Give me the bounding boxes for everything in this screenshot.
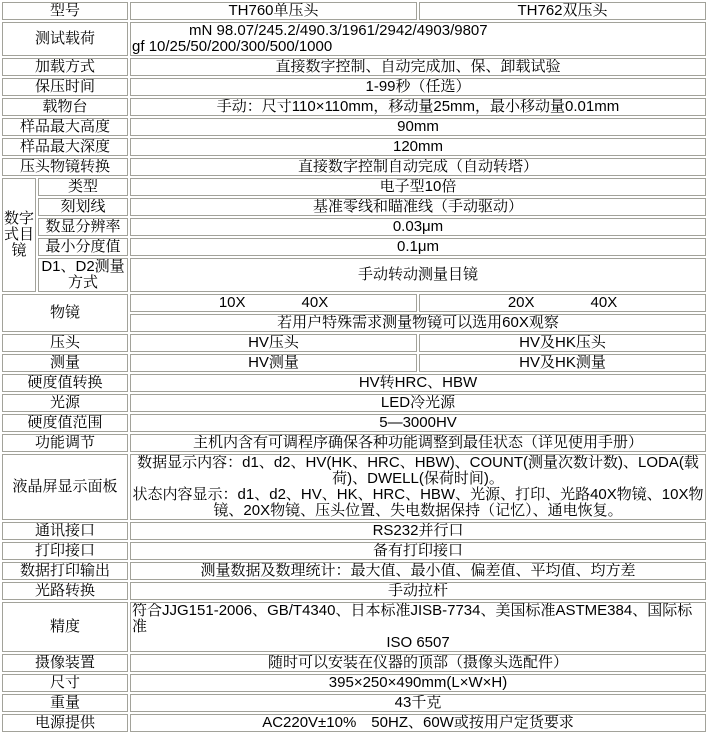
row-eyepiece-min-division: 最小分度值 0.1μm (2, 238, 706, 256)
row-eyepiece-d1d2: D1、D2测量方式 手动转动测量目镜 (2, 258, 706, 292)
optical-path-label: 光路转换 (2, 582, 128, 600)
comm-port-value: RS232并行口 (130, 522, 706, 540)
sample-max-height-value: 90mm (130, 118, 706, 136)
function-adjust-value: 主机内含有可调程序确保各种功能调整到最佳状态（详见使用手册） (130, 434, 706, 452)
loading-method-label: 加载方式 (2, 58, 128, 76)
loading-method-value: 直接数字控制、自动完成加、保、卸载试验 (130, 58, 706, 76)
optical-path-value: 手动拉杆 (130, 582, 706, 600)
print-port-value: 备有打印接口 (130, 542, 706, 560)
row-light-source: 光源 LED冷光源 (2, 394, 706, 412)
turret-label: 压头物镜转换 (2, 158, 128, 176)
indenter-value-th760: HV压头 (130, 334, 417, 352)
model-value-th760: TH760单压头 (130, 2, 417, 20)
test-load-mn: mN 98.07/245.2/490.3/1961/2942/4903/9807 (131, 23, 705, 39)
row-loading-method: 加载方式 直接数字控制、自动完成加、保、卸载试验 (2, 58, 706, 76)
sample-max-depth-value: 120mm (130, 138, 706, 156)
row-eyepiece-resolution: 数显分辨率 0.03μm (2, 218, 706, 236)
objective-label: 物镜 (2, 294, 128, 332)
row-eyepiece-type: 数字式目镜 类型 电子型10倍 (2, 178, 706, 196)
objective-th762-values: 20X 40X (419, 294, 706, 312)
row-eyepiece-reticle: 刻划线 基准零线和瞄准线（手动驱动） (2, 198, 706, 216)
row-optical-path: 光路转换 手动拉杆 (2, 582, 706, 600)
eyepiece-min-division-value: 0.1μm (130, 238, 706, 256)
stage-value: 手动：尺寸110×110mm，移动量25mm，最小移动量0.01mm (130, 98, 706, 116)
light-source-label: 光源 (2, 394, 128, 412)
hardness-range-value: 5—3000HV (130, 414, 706, 432)
turret-value: 直接数字控制自动完成（自动转塔） (130, 158, 706, 176)
light-source-value: LED冷光源 (130, 394, 706, 412)
stage-label: 载物台 (2, 98, 128, 116)
eyepiece-reticle-label: 刻划线 (38, 198, 128, 216)
objective-note: 若用户特殊需求测量物镜可以选用60X观察 (130, 314, 706, 332)
dwell-time-label: 保压时间 (2, 78, 128, 96)
data-print-output-value: 测量数据及数理统计：最大值、最小值、偏差值、平均值、均方差 (130, 562, 706, 580)
lcd-panel-data-display: 数据显示内容：d1、d2、HV(HK、HRC、HBW)、COUNT(测量次数计数… (131, 455, 705, 487)
digital-eyepiece-group-label: 数字式目镜 (2, 178, 36, 292)
hardness-conversion-value: HV转HRC、HBW (130, 374, 706, 392)
eyepiece-min-division-label: 最小分度值 (38, 238, 128, 256)
hardness-range-label: 硬度值范围 (2, 414, 128, 432)
indenter-value-th762: HV及HK压头 (419, 334, 706, 352)
test-load-gf: gf 10/25/50/200/300/500/1000 (131, 39, 705, 55)
row-accuracy: 精度 符合JJG151-2006、GB/T4340、日本标准JISB-7734、… (2, 602, 706, 652)
accuracy-standards: 符合JJG151-2006、GB/T4340、日本标准JISB-7734、美国标… (131, 603, 705, 635)
data-print-output-label: 数据打印输出 (2, 562, 128, 580)
weight-label: 重量 (2, 694, 128, 712)
row-print-port: 打印接口 备有打印接口 (2, 542, 706, 560)
objective-th760-40x: 40X (302, 295, 329, 311)
eyepiece-resolution-label: 数显分辨率 (38, 218, 128, 236)
row-indenter: 压头 HV压头 HV及HK压头 (2, 334, 706, 352)
lcd-panel-status-display: 状态内容显示：d1、d2、HV、HK、HRC、HBW、光源、打印、光路40X物镜… (131, 487, 705, 519)
accuracy-label: 精度 (2, 602, 128, 652)
measurement-value-th760: HV测量 (130, 354, 417, 372)
eyepiece-type-label: 类型 (38, 178, 128, 196)
dimensions-label: 尺寸 (2, 674, 128, 692)
row-sample-max-height: 样品最大高度 90mm (2, 118, 706, 136)
test-load-label: 测试载荷 (2, 22, 128, 56)
indenter-label: 压头 (2, 334, 128, 352)
eyepiece-reticle-value: 基准零线和瞄准线（手动驱动） (130, 198, 706, 216)
comm-port-label: 通讯接口 (2, 522, 128, 540)
row-lcd-panel: 液晶屏显示面板 数据显示内容：d1、d2、HV(HK、HRC、HBW)、COUN… (2, 454, 706, 520)
dwell-time-value: 1-99秒（任选） (130, 78, 706, 96)
row-sample-max-depth: 样品最大深度 120mm (2, 138, 706, 156)
row-data-print-output: 数据打印输出 测量数据及数理统计：最大值、最小值、偏差值、平均值、均方差 (2, 562, 706, 580)
row-function-adjust: 功能调节 主机内含有可调程序确保各种功能调整到最佳状态（详见使用手册） (2, 434, 706, 452)
row-power: 电源提供 AC220V±10% 50HZ、60W或按用户定货要求 (2, 714, 706, 732)
print-port-label: 打印接口 (2, 542, 128, 560)
accuracy-iso: ISO 6507 (131, 635, 705, 651)
sample-max-height-label: 样品最大高度 (2, 118, 128, 136)
hardness-conversion-label: 硬度值转换 (2, 374, 128, 392)
model-label: 型号 (2, 2, 128, 20)
weight-value: 43千克 (130, 694, 706, 712)
row-hardness-range: 硬度值范围 5—3000HV (2, 414, 706, 432)
row-measurement: 测量 HV测量 HV及HK测量 (2, 354, 706, 372)
row-stage: 载物台 手动：尺寸110×110mm，移动量25mm，最小移动量0.01mm (2, 98, 706, 116)
objective-th760-10x: 10X (219, 295, 246, 311)
power-label: 电源提供 (2, 714, 128, 732)
row-camera: 摄像装置 随时可以安装在仪器的顶部（摄像头选配件） (2, 654, 706, 672)
row-turret: 压头物镜转换 直接数字控制自动完成（自动转塔） (2, 158, 706, 176)
row-model: 型号 TH760单压头 TH762双压头 (2, 2, 706, 20)
eyepiece-d1d2-value: 手动转动测量目镜 (130, 258, 706, 292)
row-weight: 重量 43千克 (2, 694, 706, 712)
power-value: AC220V±10% 50HZ、60W或按用户定货要求 (130, 714, 706, 732)
row-objective-magnifications: 物镜 10X 40X 20X 40X (2, 294, 706, 312)
lcd-panel-value: 数据显示内容：d1、d2、HV(HK、HRC、HBW)、COUNT(测量次数计数… (130, 454, 706, 520)
dimensions-value: 395×250×490mm(L×W×H) (130, 674, 706, 692)
objective-th762-40x: 40X (591, 295, 618, 311)
eyepiece-type-value: 电子型10倍 (130, 178, 706, 196)
measurement-label: 测量 (2, 354, 128, 372)
lcd-panel-label: 液晶屏显示面板 (2, 454, 128, 520)
camera-value: 随时可以安装在仪器的顶部（摄像头选配件） (130, 654, 706, 672)
spec-table: 型号 TH760单压头 TH762双压头 测试载荷 mN 98.07/245.2… (0, 0, 708, 734)
row-hardness-conversion: 硬度值转换 HV转HRC、HBW (2, 374, 706, 392)
model-value-th762: TH762双压头 (419, 2, 706, 20)
test-load-value: mN 98.07/245.2/490.3/1961/2942/4903/9807… (130, 22, 706, 56)
eyepiece-d1d2-label: D1、D2测量方式 (38, 258, 128, 292)
camera-label: 摄像装置 (2, 654, 128, 672)
sample-max-depth-label: 样品最大深度 (2, 138, 128, 156)
row-comm-port: 通讯接口 RS232并行口 (2, 522, 706, 540)
row-dimensions: 尺寸 395×250×490mm(L×W×H) (2, 674, 706, 692)
function-adjust-label: 功能调节 (2, 434, 128, 452)
accuracy-value: 符合JJG151-2006、GB/T4340、日本标准JISB-7734、美国标… (130, 602, 706, 652)
row-dwell-time: 保压时间 1-99秒（任选） (2, 78, 706, 96)
objective-th760-values: 10X 40X (130, 294, 417, 312)
eyepiece-resolution-value: 0.03μm (130, 218, 706, 236)
measurement-value-th762: HV及HK测量 (419, 354, 706, 372)
row-test-load: 测试载荷 mN 98.07/245.2/490.3/1961/2942/4903… (2, 22, 706, 56)
objective-th762-20x: 20X (508, 295, 535, 311)
